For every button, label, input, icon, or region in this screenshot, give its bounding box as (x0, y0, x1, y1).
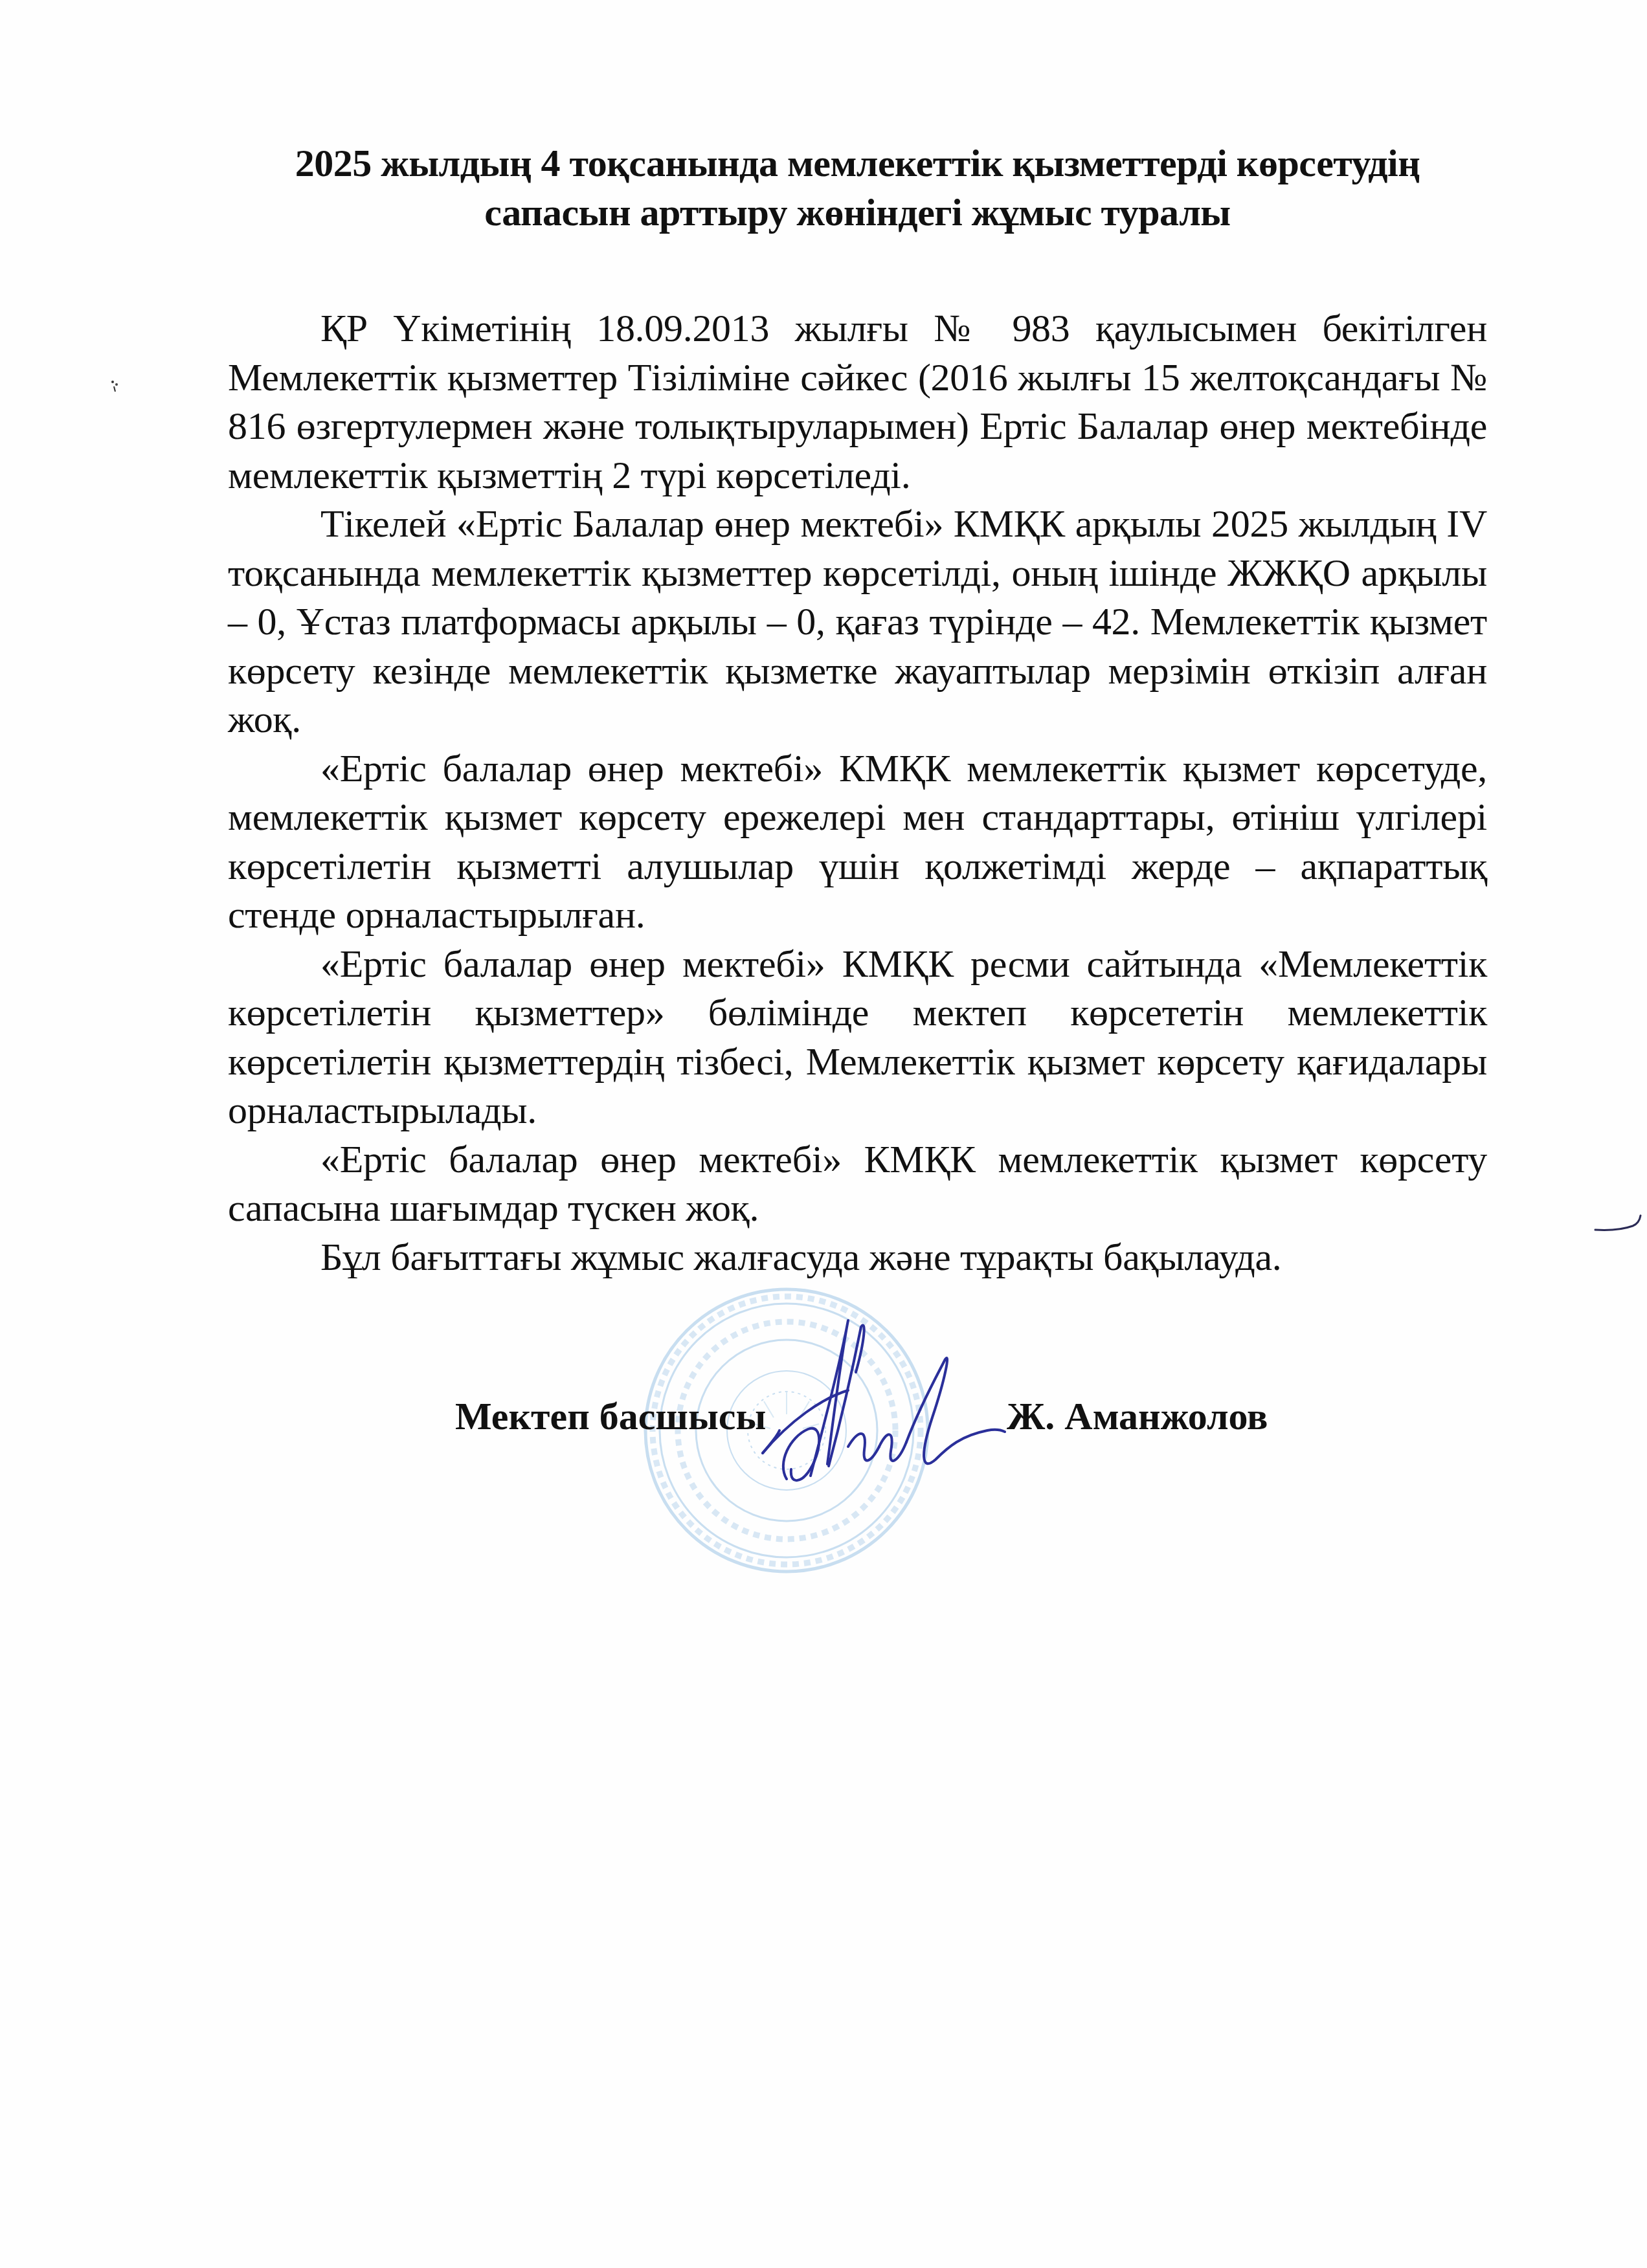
paragraph-legal-basis: ҚР Үкіметінің 18.09.2013 жылғы № 983 қау… (228, 304, 1487, 500)
signatory-name: Ж. Аманжолов (1007, 1390, 1268, 1442)
paragraph-conclusion: Бұл бағыттағы жұмыс жалғасуда және тұрақ… (228, 1233, 1487, 1282)
paragraph-complaints: «Ертіс балалар өнер мектебі» КМҚК мемлек… (228, 1135, 1487, 1233)
document-body: ҚР Үкіметінің 18.09.2013 жылғы № 983 қау… (228, 304, 1487, 1282)
signatory-position: Мектеп басшысы (455, 1390, 766, 1442)
signature-row: Мектеп басшысы Ж. Аманжолов (0, 1390, 1647, 1442)
paragraph-services-stats: Тікелей «Ертіс Балалар өнер мектебі» КМҚ… (228, 500, 1487, 744)
paragraph-info-stand: «Ертіс балалар өнер мектебі» КМҚК мемлек… (228, 744, 1487, 940)
document-page: 2025 жылдың 4 тоқсанында мемлекеттік қыз… (0, 0, 1647, 2268)
paragraph-website: «Ертіс балалар өнер мектебі» КМҚК ресми … (228, 940, 1487, 1135)
pen-stroke-icon (1593, 1210, 1644, 1234)
scan-speck-icon (109, 379, 120, 394)
title-line-1: 2025 жылдың 4 тоқсанында мемлекеттік қыз… (228, 139, 1487, 188)
document-title: 2025 жылдың 4 тоқсанында мемлекеттік қыз… (228, 139, 1487, 237)
title-line-2: сапасын арттыру жөніндегі жұмыс туралы (228, 188, 1487, 237)
